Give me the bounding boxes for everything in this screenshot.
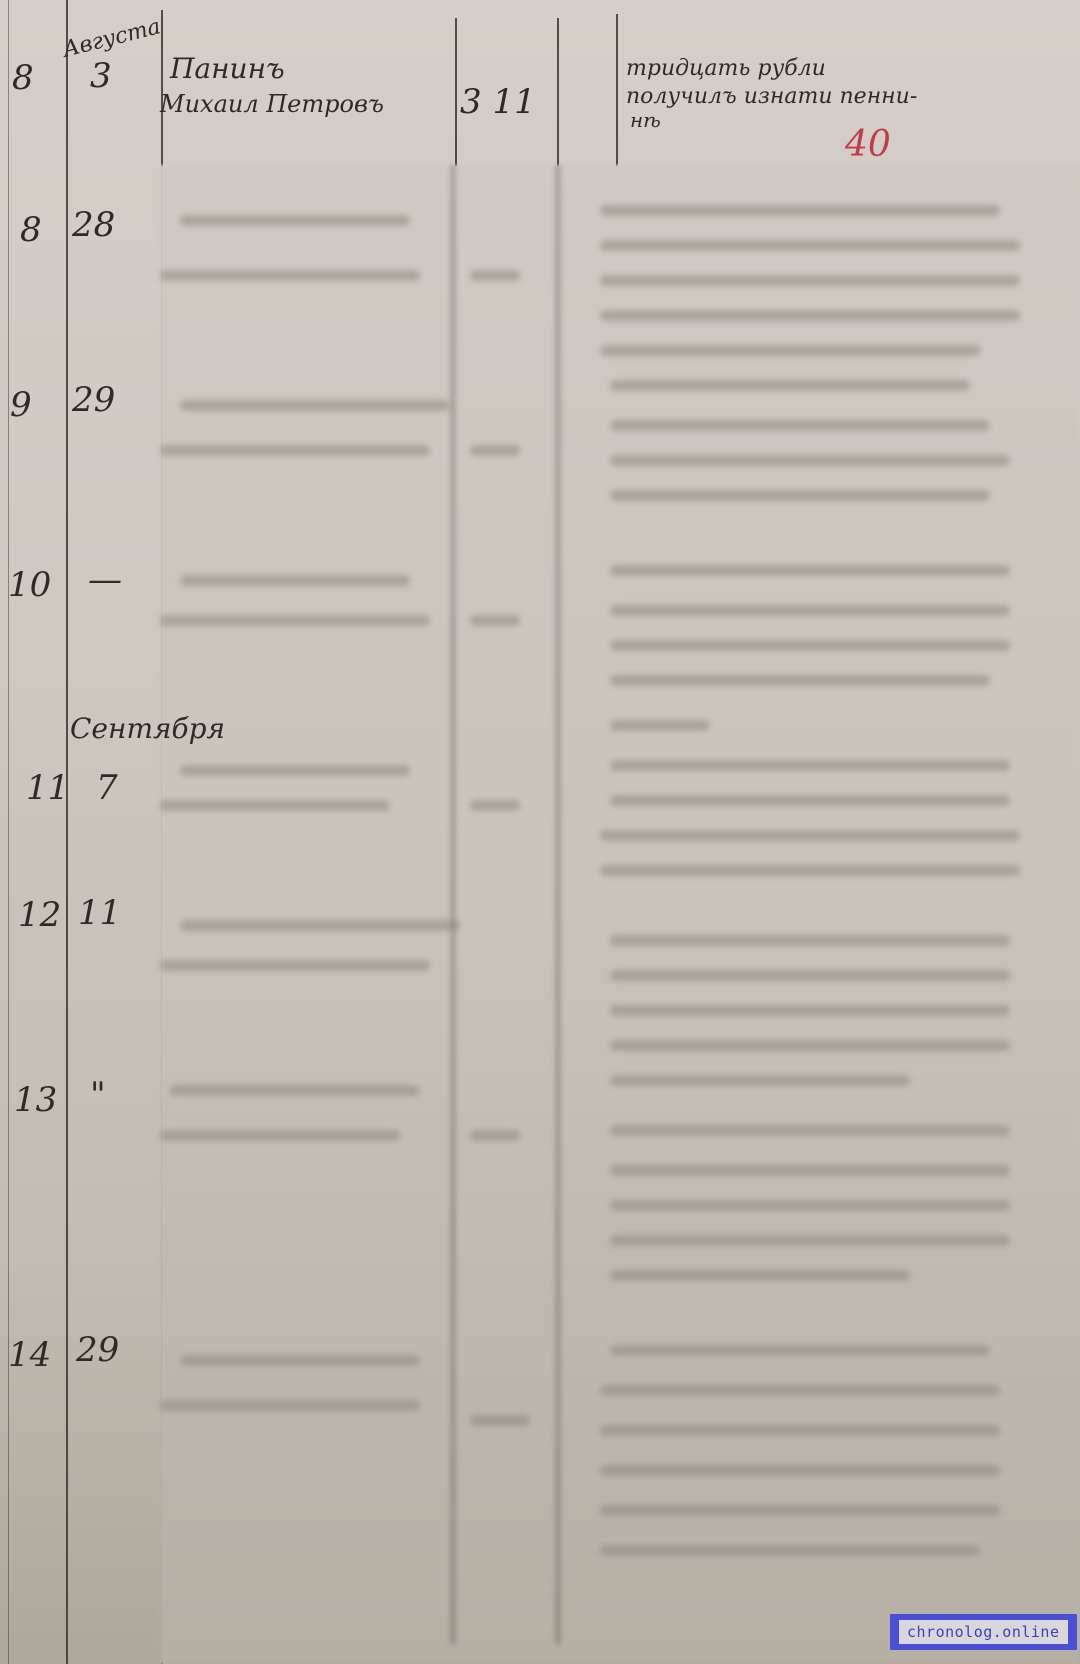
blurred-text bbox=[600, 1465, 1000, 1476]
blurred-text bbox=[180, 765, 410, 776]
row-number: 14 bbox=[8, 1335, 51, 1375]
blurred-text bbox=[600, 1385, 1000, 1396]
blurred-text bbox=[180, 575, 410, 586]
blurred-text bbox=[610, 970, 1010, 981]
blurred-text bbox=[610, 1200, 1010, 1211]
blurred-text bbox=[610, 1005, 1010, 1016]
row-number: 8 bbox=[12, 58, 34, 98]
row-remark-line: получилъ изнати пенни- bbox=[626, 84, 917, 109]
column-line bbox=[66, 0, 68, 1664]
blurred-text bbox=[470, 800, 520, 811]
blurred-text bbox=[470, 1130, 520, 1141]
document-page: 8 Августа 3 Панинъ Михаил Петровъ 3 11 т… bbox=[0, 0, 1080, 1664]
blurred-text bbox=[610, 935, 1010, 946]
blurred-text bbox=[610, 1040, 1010, 1051]
blurred-text bbox=[610, 675, 990, 686]
row-number: 11 bbox=[26, 768, 69, 808]
blurred-text bbox=[610, 605, 1010, 616]
blurred-text bbox=[610, 1075, 910, 1086]
blurred-text bbox=[600, 830, 1020, 841]
blurred-text bbox=[600, 275, 1020, 286]
blurred-column-line bbox=[555, 165, 561, 1645]
column-line bbox=[8, 0, 9, 1664]
row-day: " bbox=[90, 1075, 106, 1115]
row-age: 3 11 bbox=[460, 82, 536, 122]
blurred-text bbox=[600, 1425, 1000, 1436]
blurred-text bbox=[160, 270, 420, 281]
blurred-text bbox=[610, 380, 970, 391]
column-line bbox=[455, 18, 457, 168]
blurred-text bbox=[610, 1125, 1010, 1136]
column-line bbox=[616, 14, 618, 168]
blurred-text bbox=[610, 795, 1010, 806]
redacted-blurred-area bbox=[160, 165, 1080, 1664]
row-remark-line: нѣ bbox=[630, 108, 661, 132]
page-number: 40 bbox=[845, 124, 891, 165]
row-number: 9 bbox=[10, 385, 32, 425]
blurred-text bbox=[600, 310, 1020, 321]
blurred-text bbox=[180, 1355, 420, 1366]
blurred-text bbox=[610, 455, 1010, 466]
row-day: 7 bbox=[96, 768, 118, 808]
blurred-text bbox=[470, 445, 520, 456]
blurred-text bbox=[160, 1400, 420, 1411]
row-surname: Панинъ bbox=[170, 52, 285, 85]
blurred-text bbox=[610, 640, 1010, 651]
row-month: Августа bbox=[60, 14, 163, 62]
blurred-text bbox=[600, 345, 980, 356]
blurred-text bbox=[600, 865, 1020, 876]
blurred-text bbox=[610, 420, 990, 431]
blurred-text bbox=[600, 240, 1020, 251]
blurred-text bbox=[610, 1235, 1010, 1246]
blurred-text bbox=[600, 1505, 1000, 1516]
watermark-badge: chronolog.online bbox=[890, 1614, 1077, 1650]
row-number: 8 bbox=[20, 210, 42, 250]
row-remark-line: тридцать рубли bbox=[626, 56, 826, 81]
blurred-text bbox=[610, 565, 1010, 576]
row-number: 13 bbox=[14, 1080, 57, 1120]
blurred-text bbox=[610, 1270, 910, 1281]
column-line bbox=[557, 18, 559, 168]
row-number: 12 bbox=[18, 895, 61, 935]
blurred-column-line bbox=[450, 165, 456, 1645]
row-given-name: Михаил Петровъ bbox=[160, 90, 384, 118]
row-day: — bbox=[88, 560, 122, 600]
blurred-text bbox=[180, 920, 460, 931]
blurred-text bbox=[470, 270, 520, 281]
row-day: 3 bbox=[90, 56, 112, 96]
blurred-text bbox=[600, 205, 1000, 216]
blurred-text bbox=[160, 1130, 400, 1141]
blurred-text bbox=[160, 960, 430, 971]
blurred-text bbox=[470, 615, 520, 626]
blurred-text bbox=[160, 800, 390, 811]
blurred-text bbox=[160, 445, 430, 456]
blurred-text bbox=[170, 1085, 420, 1096]
row-month: Сентября bbox=[70, 712, 225, 745]
row-day: 29 bbox=[76, 1330, 119, 1370]
blurred-text bbox=[610, 490, 990, 501]
row-day: 11 bbox=[78, 893, 121, 933]
blurred-text bbox=[610, 720, 710, 731]
blurred-text bbox=[610, 1165, 1010, 1176]
blurred-text bbox=[600, 1545, 980, 1556]
blurred-text bbox=[160, 615, 430, 626]
watermark-text: chronolog.online bbox=[899, 1620, 1068, 1644]
blurred-text bbox=[180, 400, 450, 411]
blurred-text bbox=[180, 215, 410, 226]
row-number: 10 bbox=[8, 565, 51, 605]
blurred-text bbox=[610, 760, 1010, 771]
blurred-text bbox=[610, 1345, 990, 1356]
blurred-text bbox=[470, 1415, 530, 1426]
row-day: 29 bbox=[72, 380, 115, 420]
row-day: 28 bbox=[72, 205, 115, 245]
